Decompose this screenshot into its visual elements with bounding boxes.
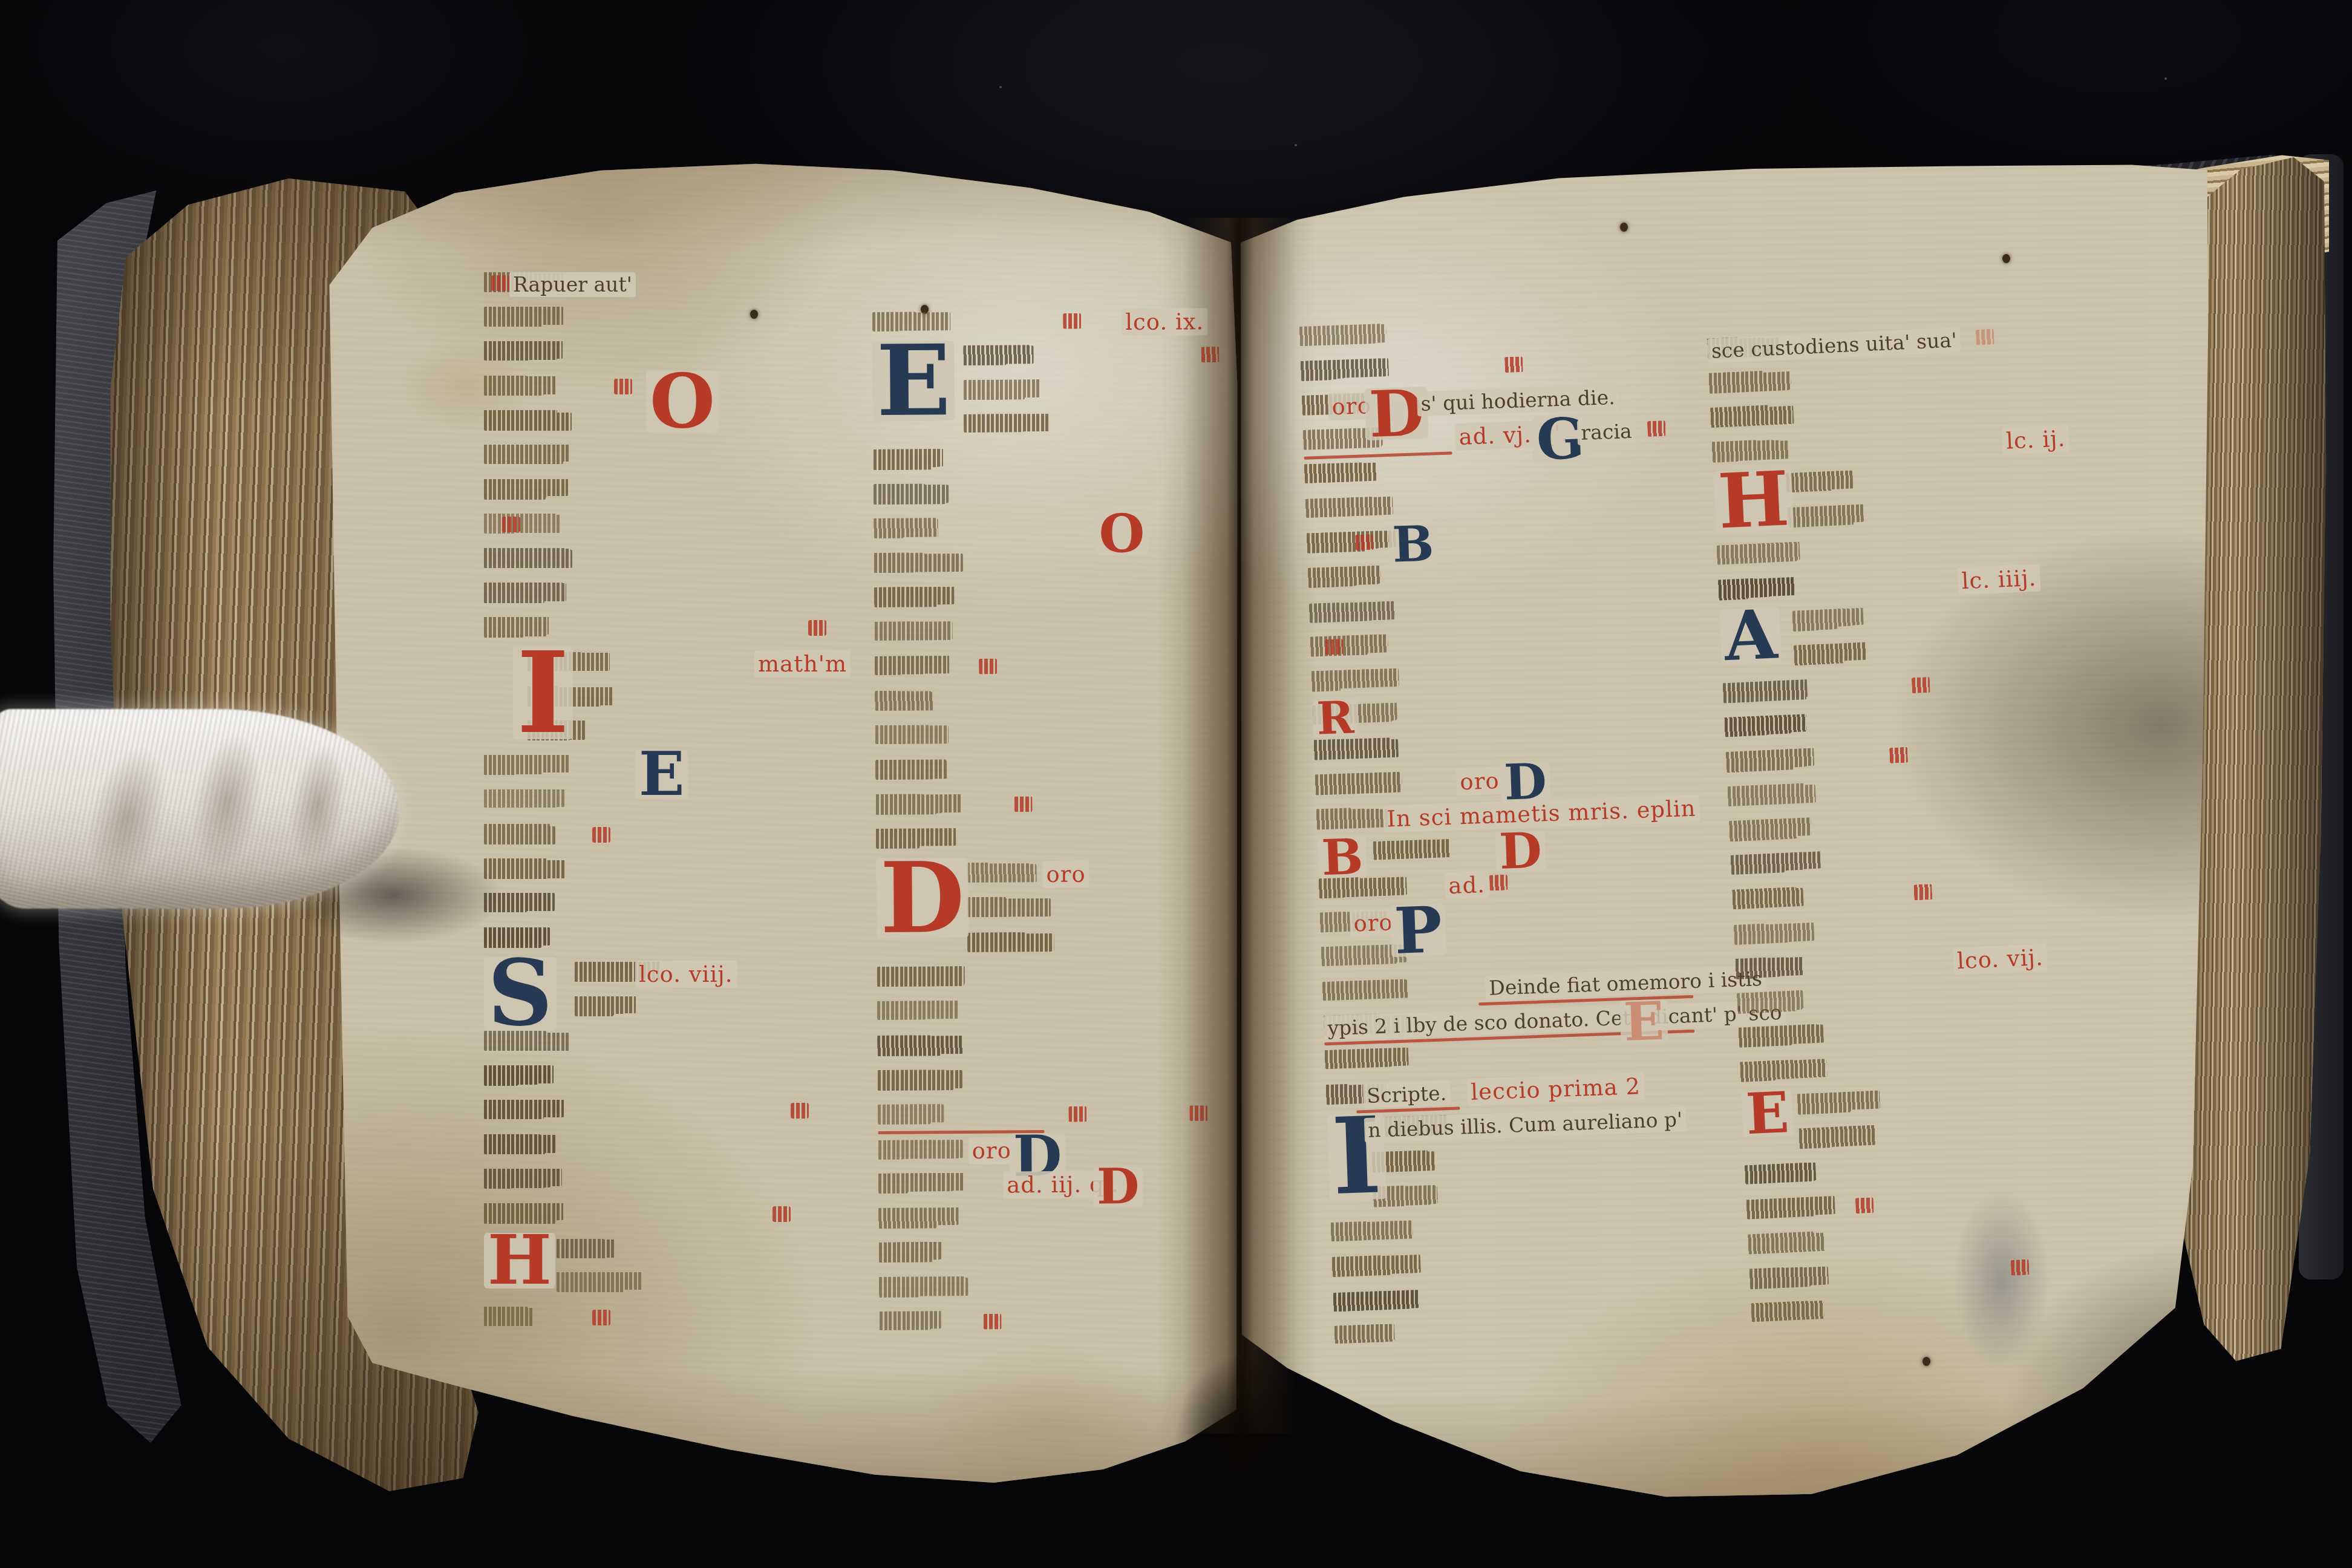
pseudo-word: [876, 796, 936, 815]
illuminated-initial-B: B: [1388, 524, 1439, 566]
rubrication-mark: [1889, 747, 1908, 763]
text-line: [1710, 391, 2074, 430]
text-line: [878, 1068, 1224, 1093]
gloved-finger: [0, 709, 399, 909]
text-line: [575, 996, 844, 1019]
illuminated-initial-P: P: [1390, 903, 1446, 957]
text-line: [1312, 658, 1682, 693]
text-line: [484, 1169, 844, 1191]
illuminated-initial-O: O: [646, 371, 719, 433]
dust-speck: [999, 86, 1002, 88]
pseudo-word: [557, 1272, 580, 1290]
pseudo-word: [484, 583, 566, 601]
rubric-text: lc. ij.: [2002, 425, 2069, 455]
wormhole: [2002, 254, 2010, 263]
text-line: [1321, 934, 1692, 969]
illuminated-initial-D: D: [1500, 762, 1551, 803]
text-line: [877, 964, 1223, 989]
text-line: [880, 1310, 1070, 1334]
rubrication-mark: [1068, 1106, 1086, 1122]
rubrication-mark: [1855, 1197, 1874, 1214]
text-line: [1305, 486, 1676, 521]
rubrication-mark: [502, 517, 520, 532]
text-line: [874, 585, 1220, 610]
dust-speck: [1295, 144, 1297, 146]
dust-speck: [2164, 77, 2167, 80]
text-line: [484, 514, 844, 536]
text-line: [874, 516, 1220, 541]
pseudo-word: [484, 445, 508, 462]
rubrication-mark: [984, 1314, 1002, 1330]
pseudo-word: [967, 933, 990, 951]
pseudo-word: [877, 966, 965, 985]
text-line: [1745, 1149, 2108, 1187]
pseudo-word: [874, 586, 927, 604]
illuminated-initial-E: E: [1619, 999, 1668, 1044]
rubric-text: oro: [1042, 861, 1089, 889]
illuminated-initial-S: S: [484, 957, 557, 1031]
rubrication-mark: [1063, 313, 1081, 329]
rubrication-mark: [1355, 534, 1374, 550]
pseudo-word: [484, 824, 515, 841]
pseudo-word: [1307, 532, 1336, 551]
rubrication-mark: [773, 1206, 791, 1222]
text-line: [1333, 1279, 1704, 1314]
illuminated-initial-D: D: [1495, 831, 1546, 872]
text-line: [1724, 701, 2088, 740]
text-line: [877, 1034, 1171, 1058]
rubric-text: oro: [1456, 767, 1504, 796]
rubric-text: In sci mametis mris. eplin: [1383, 794, 1700, 832]
pseudo-word: [1718, 577, 1756, 597]
text-line: [1737, 977, 2100, 1016]
rubrication-mark: [592, 1310, 610, 1325]
text-line: [484, 1065, 844, 1088]
pseudo-word: [484, 789, 557, 808]
illuminated-initial-R: R: [1313, 699, 1359, 737]
rubrication-mark: [791, 1103, 809, 1119]
pseudo-word: [877, 1036, 962, 1054]
illuminated-initial-E: E: [1742, 1089, 1794, 1138]
text-line: [484, 858, 844, 881]
pseudo-word: [1712, 439, 1757, 459]
pseudo-word: [967, 863, 990, 881]
text-line: [1729, 805, 2092, 843]
text-line: [484, 583, 844, 605]
text-line: [1740, 1046, 2103, 1085]
text-line: [964, 413, 1219, 437]
rubric-text: lc. iiij.: [1958, 564, 2041, 595]
text-line: [879, 1275, 1225, 1299]
rubrication-mark: [1504, 356, 1523, 373]
pseudo-word: [575, 962, 599, 980]
text-line: [875, 688, 1221, 713]
text-line: [484, 479, 844, 501]
pseudo-word: [964, 414, 1024, 433]
pseudo-word: [877, 999, 943, 1018]
rubrication-mark: [1912, 677, 1930, 693]
text-line: [484, 1134, 844, 1157]
illuminated-initial-E: E: [872, 341, 955, 421]
legible-phrase: racia: [1577, 419, 1636, 445]
text-line: [1728, 770, 2091, 809]
text-line: [1786, 460, 2077, 496]
text-line: [528, 686, 844, 708]
pseudo-word: [1308, 569, 1341, 588]
pseudo-word: [1332, 1255, 1378, 1275]
text-column-L2: lco. ix.EODorooroDad. iij. q'.D: [872, 309, 1226, 1346]
text-column-R1: oroDs' qui hodierna die.ad. vj. q'.Graci…: [1299, 314, 1705, 1361]
text-line: [874, 447, 1220, 472]
text-line: [1792, 598, 2083, 633]
pseudo-word: [967, 897, 1006, 915]
pseudo-word: [484, 755, 507, 772]
text-line: [1731, 839, 2094, 878]
pseudo-word: [1745, 1165, 1771, 1184]
pseudo-word: [484, 308, 524, 326]
pseudo-word: [1797, 1092, 1821, 1111]
pseudo-word: [1788, 505, 1843, 526]
pseudo-word: [963, 347, 1006, 365]
pseudo-word: [875, 657, 901, 675]
pseudo-word: [1729, 818, 1777, 839]
illuminated-initial-H: H: [1713, 468, 1794, 533]
rubric-text: leccio prima 2: [1467, 1073, 1645, 1106]
illuminated-initial-A: A: [1719, 607, 1782, 665]
text-line: [1794, 632, 2085, 668]
text-line: [1301, 348, 1671, 384]
text-line: [557, 1272, 844, 1295]
pseudo-word: [1331, 1220, 1413, 1241]
rubrication-mark: [1976, 328, 1994, 345]
text-line: [1308, 555, 1679, 590]
pseudo-word: [484, 1135, 556, 1153]
pseudo-word: [484, 341, 537, 359]
illuminated-initial-B: B: [1318, 837, 1368, 879]
pseudo-word: [1373, 839, 1426, 859]
pseudo-word: [1792, 607, 1864, 628]
pseudo-word: [1315, 773, 1355, 792]
pseudo-word: [875, 692, 907, 710]
pseudo-word: [878, 1172, 950, 1191]
pseudo-word: [1724, 717, 1751, 736]
text-line: [557, 1238, 844, 1260]
rubric-text: math'm: [754, 650, 851, 678]
text-line: [1709, 357, 2073, 396]
text-line: [1746, 1188, 2011, 1223]
pseudo-word: [484, 1169, 550, 1187]
pseudo-word: [484, 1068, 518, 1086]
rubrication-mark: [1014, 796, 1033, 812]
pseudo-word: [878, 1140, 959, 1159]
legible-phrase: sce custodiens uita' sua': [1707, 327, 1961, 364]
parchment-stain: [920, 1344, 1174, 1501]
text-line: [1309, 589, 1680, 624]
gutter-bottom-shadow: [1143, 1319, 1343, 1537]
illuminated-initial-I: I: [513, 647, 573, 739]
left-page: Rapuer aut'OImath'mESlco. viij.Hlco. ix.…: [327, 158, 1240, 1489]
pseudo-word: [879, 1241, 936, 1260]
text-line: [875, 655, 1165, 679]
photo-stage: Rapuer aut'OImath'mESlco. viij.Hlco. ix.…: [0, 0, 2352, 1568]
rubrication-mark: [2011, 1259, 2030, 1275]
rubric-text: ad.: [1445, 871, 1489, 900]
pseudo-word: [484, 1307, 517, 1325]
pseudo-word: [875, 760, 947, 779]
text-line: [484, 1307, 682, 1329]
illuminated-initial-D: D: [876, 858, 969, 938]
pseudo-word: [1709, 371, 1734, 391]
wormhole: [1922, 1357, 1930, 1366]
text-line: [1751, 1297, 1890, 1325]
illuminated-initial-E: E: [635, 750, 688, 799]
text-line: [484, 548, 844, 570]
text-line: [1331, 1215, 1546, 1245]
text-line: [484, 445, 844, 467]
pseudo-word: [880, 1310, 941, 1329]
text-line: [1299, 314, 1670, 349]
rubrication-mark: [1647, 420, 1666, 437]
rubrication-mark: [1913, 884, 1932, 900]
text-line: [484, 307, 844, 329]
rubrication-mark: [1489, 875, 1508, 891]
pseudo-word: [1786, 470, 1853, 491]
text-column-L1: Rapuer aut'OImath'mESlco. viij.H: [484, 272, 844, 1341]
text-line: [875, 619, 1221, 644]
text-line: [963, 344, 1218, 368]
text-line: [1734, 908, 2097, 947]
rubrication-mark: [808, 620, 826, 636]
text-line: [528, 720, 844, 743]
pseudo-word: [484, 1100, 514, 1119]
legible-phrase: Rapuer aut': [509, 272, 636, 297]
pseudo-word: [1736, 960, 1760, 979]
illuminated-initial-D: D: [1093, 1167, 1143, 1207]
pseudo-word: [575, 998, 613, 1016]
book-gutter-shadow: [1183, 218, 1298, 1434]
pseudo-word: [1739, 1027, 1785, 1047]
pseudo-word: [1748, 1233, 1800, 1253]
pseudo-word: [484, 1203, 563, 1220]
text-line: [1788, 494, 2079, 530]
text-line: [1314, 727, 1685, 762]
text-line: [876, 792, 1222, 817]
pseudo-word: [1731, 850, 1821, 872]
pseudo-word: [875, 725, 900, 743]
red-underline: [1304, 451, 1452, 460]
rubric-text: lco. vij.: [1953, 944, 2048, 975]
text-line: [484, 824, 844, 846]
pseudo-word: [875, 621, 916, 639]
pseudo-word: [1316, 808, 1351, 827]
rubrication-mark: [491, 275, 509, 291]
rubrication-mark: [614, 379, 632, 394]
pseudo-word: [878, 1070, 962, 1089]
pseudo-word: [1734, 924, 1765, 943]
text-line: [877, 999, 1096, 1024]
text-line: [484, 893, 844, 915]
pseudo-word: [1303, 429, 1354, 449]
text-line: [1749, 1256, 2042, 1292]
pseudo-word: [484, 410, 557, 427]
text-line: [1334, 1319, 1539, 1348]
pseudo-word: [1794, 644, 1823, 664]
text-line: [875, 757, 1221, 782]
pseudo-word: [874, 483, 925, 502]
pseudo-word: [557, 1240, 606, 1258]
legible-phrase: n diebus illis. Cum aureliano p': [1364, 1107, 1687, 1143]
pseudo-word: [484, 376, 521, 394]
pseudo-word: [964, 381, 1025, 400]
rubric-text: lco. viij.: [635, 961, 737, 988]
pseudo-word: [878, 1103, 923, 1122]
pseudo-word: [1299, 323, 1382, 344]
pseudo-word: [878, 1207, 921, 1226]
text-line: [1798, 1114, 2106, 1151]
pseudo-word: [1746, 1198, 1815, 1219]
rubric-text: oro: [969, 1137, 1016, 1165]
text-line: [874, 482, 1220, 506]
pseudo-word: [1723, 681, 1806, 703]
text-line: [878, 1206, 1224, 1230]
text-line: [1332, 1244, 1703, 1279]
pseudo-word: [1325, 1050, 1352, 1069]
text-line: [874, 550, 1220, 575]
text-line: [964, 378, 1219, 402]
pseudo-word: [1321, 945, 1364, 964]
illuminated-initial-H: H: [484, 1233, 555, 1289]
text-line: [1373, 1175, 1700, 1209]
wormhole: [1620, 223, 1628, 232]
pseudo-word: [1732, 886, 1797, 907]
pseudo-word: [1799, 1129, 1832, 1149]
legible-phrase: s' qui hodierna die.: [1417, 385, 1619, 417]
pseudo-word: [1312, 670, 1367, 690]
rubrication-mark: [1325, 639, 1344, 655]
pseudo-word: [1710, 404, 1769, 425]
rubrication-mark: [979, 659, 997, 675]
pseudo-word: [1728, 784, 1771, 804]
right-page: 248 oroDs' qui hodierna die.ad. vj. q'.G…: [1239, 162, 2209, 1502]
text-line: [1748, 1218, 2111, 1256]
pseudo-word: [874, 451, 933, 470]
text-line: [1372, 1141, 1699, 1175]
text-line: [879, 1240, 1225, 1265]
text-line: [875, 724, 1097, 748]
pseudo-word: [1309, 601, 1395, 622]
pseudo-word: [879, 1276, 932, 1295]
pseudo-word: [1749, 1267, 1805, 1287]
pseudo-word: [874, 520, 903, 538]
text-line: [1313, 693, 1684, 728]
text-column-R2: sce custodiens uita' sua'lc. ij.Hlc. iii…: [1707, 322, 2115, 1338]
illuminated-initial-O: O: [1095, 512, 1148, 555]
text-line: [1310, 624, 1681, 659]
pseudo-word: [1740, 1060, 1792, 1081]
rubrication-mark: [592, 827, 610, 843]
pseudo-word: [1304, 463, 1328, 482]
pseudo-word: [1333, 1292, 1391, 1312]
pseudo-word: [1737, 995, 1765, 1014]
pseudo-word: [484, 548, 565, 566]
pseudo-word: [1751, 1301, 1824, 1322]
pseudo-word: [484, 480, 512, 498]
pseudo-word: [1305, 497, 1393, 518]
pseudo-word: [1322, 979, 1406, 1001]
pseudo-word: [1301, 358, 1381, 379]
text-line: [1739, 1011, 2102, 1050]
text-line: [1797, 1080, 2105, 1116]
pseudo-word: [874, 552, 925, 571]
